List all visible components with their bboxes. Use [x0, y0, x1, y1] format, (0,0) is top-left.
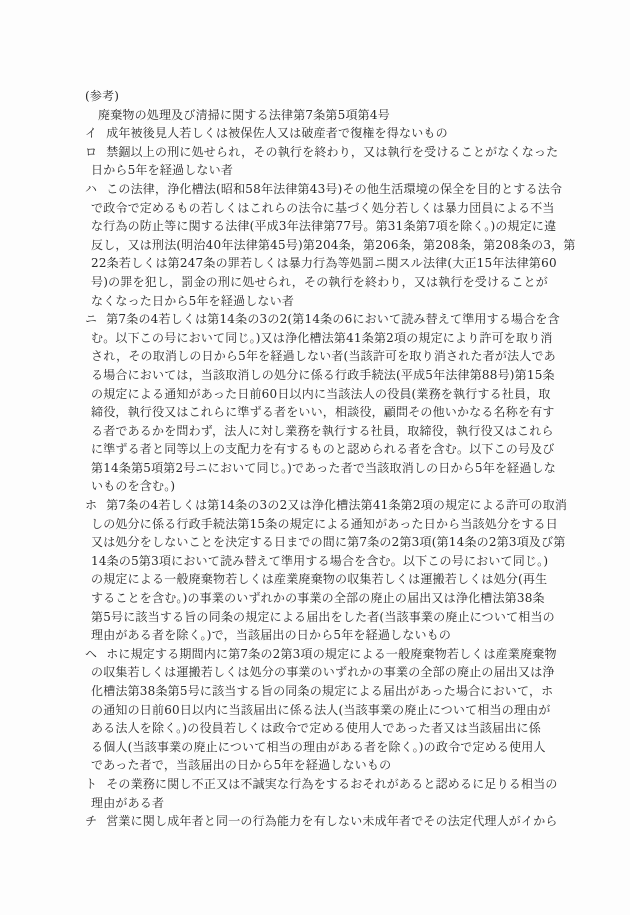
law-title: 廃棄物の処理及び清掃に関する法律第7条第5項第4号 — [85, 106, 575, 125]
clause-continuation-line: ある法人を除く。)の役員若しくは政令で定める使用人であった者又は当該届出に係 — [85, 719, 575, 738]
clause-first-line: ホ第7条の4若しくは第14条の3の2又は浄化槽法第41条第2項の規定による許可の… — [85, 496, 575, 515]
clause-first-line: イ成年被後見人若しくは被保佐人又は破産者で復権を得ないもの — [85, 124, 575, 143]
clause-continuation-line: しの処分に係る行政手続法第15条の規定による通知があった日から当該処分をする日 — [85, 515, 575, 534]
clause-item-4: ニ第7条の4若しくは第14条の3の2(第14条の6において読み替えて準用する場合… — [85, 310, 575, 496]
clause-continuation-line: る場合においては，当該取消しの処分に係る行政手続法(平成5年法律第88号)第15… — [85, 366, 575, 385]
clause-continuation-line: の規定による一般廃棄物若しくは産業廃棄物の収集若しくは運搬若しくは処分(再生 — [85, 570, 575, 589]
clause-continuation-line: 第5号に該当する旨の同条の規定による届出をした者(当該事業の廃止について相当の — [85, 608, 575, 627]
clause-continuation-line: に準ずる者と同等以上の支配力を有するものと認められる者を含む。以下この号及び — [85, 440, 575, 459]
clause-label: ロ — [85, 143, 97, 162]
clause-continuation-line: の通知の日前60日以内に当該届出に係る法人(当該事業の廃止について相当の理由が — [85, 701, 575, 720]
clause-first-line: ニ第7条の4若しくは第14条の3の2(第14条の6において読み替えて準用する場合… — [85, 310, 575, 329]
clause-label: ハ — [85, 180, 97, 199]
clause-label: ニ — [85, 310, 97, 329]
legal-document-body: (参考) 廃棄物の処理及び清掃に関する法律第7条第5項第4号 イ成年被後見人若し… — [85, 87, 575, 831]
clause-continuation-line: され，その取消しの日から5年を経過しない者(当該許可を取り消された者が法人であ — [85, 347, 575, 366]
clause-continuation-line: 理由がある者 — [85, 794, 575, 813]
clause-continuation-line: であった者で，当該届出の日から5年を経過しないもの — [85, 756, 575, 775]
clause-continuation-line: 第14条第5項第2号ニにおいて同じ。)であった者で当該取消しの日から5年を経過し… — [85, 459, 575, 478]
clause-continuation-line: る者であるかを問わず，法人に対し業務を執行する社員，取締役，執行役又はこれら — [85, 422, 575, 441]
clause-continuation-line: 22条若しくは第247条の罪若しくは暴力行為等処罰ニ関スル法律(大正15年法律第… — [85, 254, 575, 273]
clause-continuation-line: の規定による通知があった日前60日以内に当該法人の役員(業務を執行する社員，取 — [85, 385, 575, 404]
clause-text: その業務に関し不正又は不誠実な行為をするおそれがあると認めるに足りる相当の — [106, 777, 557, 791]
clause-continuation-line: る個人(当該事業の廃止について相当の理由がある者を除く。)の政令で定める使用人 — [85, 738, 575, 757]
clause-item-3: ハこの法律，浄化槽法(昭和58年法律第43号)その他生活環境の保全を目的とする法… — [85, 180, 575, 310]
clause-item-6: ヘホに規定する期間内に第7条の2第3項の規定による一般廃棄物若しくは産業廃棄物の… — [85, 645, 575, 775]
clause-text: ホに規定する期間内に第7条の2第3項の規定による一般廃棄物若しくは産業廃棄物 — [106, 647, 557, 661]
scanned-document-page: (参考) 廃棄物の処理及び清掃に関する法律第7条第5項第4号 イ成年被後見人若し… — [0, 0, 630, 915]
clause-continuation-line: 又は処分をしないことを決定する日までの間に第7条の2第3項(第14条の2第3項及… — [85, 533, 575, 552]
clause-item-5: ホ第7条の4若しくは第14条の3の2又は浄化槽法第41条第2項の規定による許可の… — [85, 496, 575, 645]
clause-item-7: トその業務に関し不正又は不誠実な行為をするおそれがあると認めるに足りる相当の理由… — [85, 775, 575, 812]
reference-heading: (参考) — [85, 87, 575, 106]
clause-continuation-line: 化槽法第38条第5号に該当する旨の同条の規定による届出があった場合において，ホ — [85, 682, 575, 701]
clause-text: 第7条の4若しくは第14条の3の2(第14条の6において読み替えて準用する場合を… — [106, 312, 560, 326]
clause-text: 成年被後見人若しくは被保佐人又は破産者で復権を得ないもの — [106, 126, 448, 140]
clause-first-line: ロ禁錮以上の刑に処せられ，その執行を終わり，又は執行を受けることがなくなった — [85, 143, 575, 162]
clause-continuation-line: 理由がある者を除く。)で，当該届出の日から5年を経過しないもの — [85, 626, 575, 645]
clause-item-8: チ営業に関し成年者と同一の行為能力を有しない未成年者でその法定代理人がイから — [85, 812, 575, 831]
clause-first-line: ヘホに規定する期間内に第7条の2第3項の規定による一般廃棄物若しくは産業廃棄物 — [85, 645, 575, 664]
clause-continuation-line: 反し，又は刑法(明治40年法律第45号)第204条，第206条，第208条，第2… — [85, 236, 575, 255]
clause-text: この法律，浄化槽法(昭和58年法律第43号)その他生活環境の保全を目的とする法令 — [106, 182, 562, 196]
clause-item-2: ロ禁錮以上の刑に処せられ，その執行を終わり，又は執行を受けることがなくなった日か… — [85, 143, 575, 180]
clause-continuation-line: することを含む。)の事業のいずれかの事業の全部の廃止の届出又は浄化槽法第38条 — [85, 589, 575, 608]
clause-text: 営業に関し成年者と同一の行為能力を有しない未成年者でその法定代理人がイから — [106, 814, 557, 828]
clause-first-line: トその業務に関し不正又は不誠実な行為をするおそれがあると認めるに足りる相当の — [85, 775, 575, 794]
clause-continuation-line: 号)の罪を犯し，罰金の刑に処せられ，その執行を終わり，又は執行を受けることが — [85, 273, 575, 292]
clause-continuation-line: いものを含む。) — [85, 477, 575, 496]
clause-label: ヘ — [85, 645, 97, 664]
clause-text: 禁錮以上の刑に処せられ，その執行を終わり，又は執行を受けることがなくなった — [106, 145, 558, 159]
clause-first-line: ハこの法律，浄化槽法(昭和58年法律第43号)その他生活環境の保全を目的とする法… — [85, 180, 575, 199]
clause-continuation-line: 日から5年を経過しない者 — [85, 161, 575, 180]
clause-continuation-line: む。以下この号において同じ。)又は浄化槽法第41条第2項の規定により許可を取り消 — [85, 329, 575, 348]
clause-list: イ成年被後見人若しくは被保佐人又は破産者で復権を得ないものロ禁錮以上の刑に処せら… — [85, 124, 575, 831]
clause-continuation-line: の収集若しくは運搬若しくは処分の事業のいずれかの事業の全部の廃止の届出又は浄 — [85, 663, 575, 682]
clause-item-1: イ成年被後見人若しくは被保佐人又は破産者で復権を得ないもの — [85, 124, 575, 143]
clause-label: ホ — [85, 496, 97, 515]
clause-continuation-line: で政令で定めるもの若しくはこれらの法令に基づく処分若しくは暴力団員による不当 — [85, 199, 575, 218]
clause-label: チ — [85, 812, 97, 831]
clause-first-line: チ営業に関し成年者と同一の行為能力を有しない未成年者でその法定代理人がイから — [85, 812, 575, 831]
clause-label: イ — [85, 124, 97, 143]
clause-continuation-line: 締役，執行役又はこれらに準ずる者をいい，相談役，顧問その他いかなる名称を有す — [85, 403, 575, 422]
clause-continuation-line: 14条の5第3項において読み替えて準用する場合を含む。以下この号において同じ。) — [85, 552, 575, 571]
clause-continuation-line: なくなった日から5年を経過しない者 — [85, 292, 575, 311]
clause-label: ト — [85, 775, 97, 794]
clause-continuation-line: な行為の防止等に関する法律(平成3年法律第77号。第31条第7項を除く。)の規定… — [85, 217, 575, 236]
clause-text: 第7条の4若しくは第14条の3の2又は浄化槽法第41条第2項の規定による許可の取… — [106, 498, 567, 512]
